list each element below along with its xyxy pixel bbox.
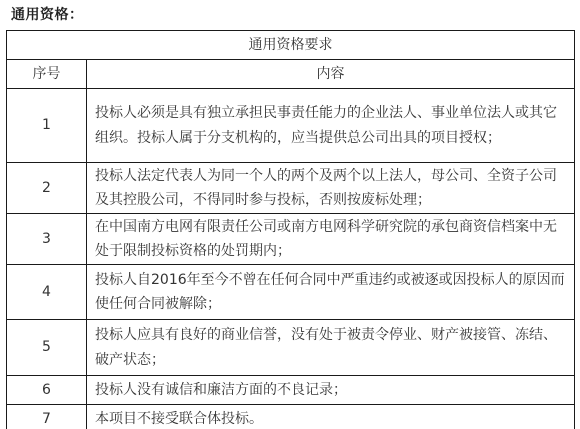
section-heading: 通用资格： [11,4,84,24]
table-row: 3 在中国南方电网有限责任公司或南方电网科学研究院的承包商资信档案中无处于限制投… [7,214,575,265]
row-number: 7 [7,405,87,429]
table-row: 1 投标人必须是具有独立承担民事责任能力的企业法人、事业单位法人或其它组织。投标… [7,89,575,163]
row-content: 投标人没有诚信和廉洁方面的不良记录； [87,376,575,405]
column-header-content: 内容 [87,60,575,89]
row-number: 4 [7,265,87,320]
row-content: 本项目不接受联合体投标。 [87,405,575,429]
table-header-row: 序号 内容 [7,60,575,89]
row-number: 2 [7,163,87,214]
table-row: 5 投标人应具有良好的商业信誉，没有处于被责令停业、财产被接管、冻结、破产状态； [7,320,575,376]
row-content: 在中国南方电网有限责任公司或南方电网科学研究院的承包商资信档案中无处于限制投标资… [87,214,575,265]
row-number: 1 [7,89,87,163]
row-number: 3 [7,214,87,265]
table-row: 6 投标人没有诚信和廉洁方面的不良记录； [7,376,575,405]
row-content: 投标人法定代表人为同一个人的两个及两个以上法人，母公司、全资子公司及其控股公司，… [87,163,575,214]
column-header-number: 序号 [7,60,87,89]
requirements-table: 通用资格要求 序号 内容 1 投标人必须是具有独立承担民事责任能力的企业法人、事… [6,30,575,429]
table-row: 7 本项目不接受联合体投标。 [7,405,575,429]
table-title: 通用资格要求 [7,31,575,60]
table-row: 2 投标人法定代表人为同一个人的两个及两个以上法人，母公司、全资子公司及其控股公… [7,163,575,214]
table-row: 4 投标人自2016年至今不曾在任何合同中严重违约或被逐或因投标人的原因而使任何… [7,265,575,320]
row-content: 投标人必须是具有独立承担民事责任能力的企业法人、事业单位法人或其它组织。投标人属… [87,89,575,163]
row-number: 5 [7,320,87,376]
row-number: 6 [7,376,87,405]
row-content: 投标人自2016年至今不曾在任何合同中严重违约或被逐或因投标人的原因而使任何合同… [87,265,575,320]
row-content: 投标人应具有良好的商业信誉，没有处于被责令停业、财产被接管、冻结、破产状态； [87,320,575,376]
table-title-row: 通用资格要求 [7,31,575,60]
